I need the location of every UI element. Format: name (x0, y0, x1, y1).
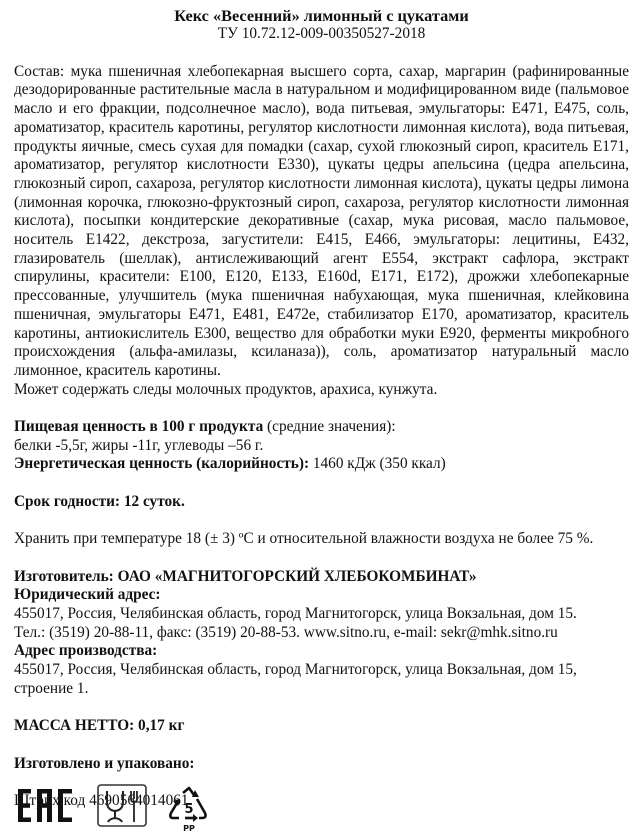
nutrition-heading-note: (средние значения): (263, 418, 395, 435)
composition-section: Состав: мука пшеничная хлебопекарная выс… (14, 63, 629, 400)
recycle-material: PP (183, 824, 195, 833)
energy-line: Энергетическая ценность (калорийность): … (14, 455, 629, 474)
spacer (14, 512, 629, 531)
nutrition-heading: Пищевая ценность в 100 г продукта (14, 418, 263, 435)
spacer (14, 736, 629, 755)
glass-fork-food-contact-icon (97, 784, 147, 827)
storage-conditions: Хранить при температуре 18 (± 3) ºС и от… (14, 530, 629, 549)
certification-marks: 5 PP (18, 784, 218, 834)
nutrition-values: белки -5,5г, жиры -11г, углеводы –56 г. (14, 437, 629, 456)
email-link[interactable]: sekr@mhk.sitno.ru (441, 624, 558, 641)
product-label: Кекс «Весенний» лимонный с цукатами ТУ 1… (14, 6, 629, 811)
eac-mark-icon (18, 789, 72, 822)
email-prefix: , e-mail: (386, 624, 441, 641)
spacer (14, 474, 629, 493)
spacer (14, 549, 629, 568)
shelf-life: Срок годности: 12 суток. (14, 493, 629, 512)
recycle-code: 5 (184, 802, 193, 817)
energy-value: 1460 кДж (350 ккал) (309, 455, 446, 472)
spacer (14, 699, 629, 718)
production-address-label: Адрес производства: (14, 642, 629, 661)
legal-address-label: Юридический адрес: (14, 586, 629, 605)
production-address-line2: строение 1. (14, 680, 629, 699)
net-weight: МАССА НЕТТО: 0,17 кг (14, 717, 629, 736)
technical-standard: ТУ 10.72.12-009-00350527-2018 (14, 25, 629, 44)
production-label: Изготовлено и упаковано: (14, 755, 629, 774)
production-address-line1: 455017, Россия, Челябинская область, гор… (14, 661, 629, 680)
allergen-warning: Может содержать следы молочных продуктов… (14, 381, 629, 400)
nutrition-section: Пищевая ценность в 100 г продукта (средн… (14, 418, 629, 474)
energy-label: Энергетическая ценность (калорийность): (14, 455, 309, 472)
manufacturer-section: Изготовитель: ОАО «МАГНИТОГОРСКИЙ ХЛЕБОК… (14, 568, 629, 699)
legal-address: 455017, Россия, Челябинская область, гор… (14, 605, 629, 624)
product-title: Кекс «Весенний» лимонный с цукатами (14, 6, 629, 25)
contacts-line: Тел.: (3519) 20-88-11, факс: (3519) 20-8… (14, 624, 629, 643)
recycle-pp-5-icon: 5 PP (165, 786, 213, 834)
composition-text: Состав: мука пшеничная хлебопекарная выс… (14, 63, 629, 381)
manufacturer-name: Изготовитель: ОАО «МАГНИТОГОРСКИЙ ХЛЕБОК… (14, 568, 629, 587)
nutrition-heading-line: Пищевая ценность в 100 г продукта (средн… (14, 418, 629, 437)
phone-fax: Тел.: (3519) 20-88-11, факс: (3519) 20-8… (14, 624, 304, 641)
website-link[interactable]: www.sitno.ru (304, 624, 386, 641)
spacer (14, 399, 629, 418)
